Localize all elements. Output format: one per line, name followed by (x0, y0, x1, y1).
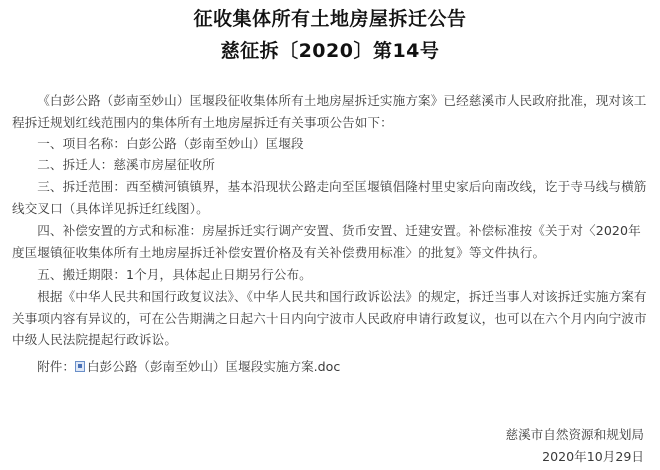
issuer-signature: 慈溪市自然资源和规划局 (505, 424, 644, 443)
notice-title: 征收集体所有土地房屋拆迁公告 (0, 4, 660, 31)
item-demolition-scope: 三、拆迁范围：西至横河镇镇界，基本沿现状公路走向至匡堰镇倡隆村里史家后向南改线，… (12, 176, 652, 219)
issue-date: 2020年10月29日 (542, 446, 644, 465)
attachment-link[interactable]: 白彭公路（彭南至妙山）匡堰段实施方案.doc (87, 359, 340, 374)
document-number: 慈征拆〔2020〕第14号 (0, 36, 660, 63)
item-demolisher: 二、拆迁人：慈溪市房屋征收所 (12, 154, 652, 176)
item-compensation: 四、补偿安置的方式和标准：房屋拆迁实行调产安置、货币安置、迁建安置。补偿标准按《… (12, 220, 652, 263)
word-doc-icon (75, 361, 85, 372)
item-relocation-period: 五、搬迁期限：1个月，具体起止日期另行公布。 (12, 264, 652, 286)
attachment-line: 附件：白彭公路（彭南至妙山）匡堰段实施方案.doc (12, 356, 340, 378)
item-project-name: 一、项目名称：白彭公路（彭南至妙山）匡堰段 (12, 133, 652, 155)
intro-paragraph: 《白彭公路（彭南至妙山）匡堰段征收集体所有土地房屋拆迁实施方案》已经慈溪市人民政… (12, 90, 652, 133)
attachment-label: 附件： (37, 359, 75, 374)
legal-remedy-paragraph: 根据《中华人民共和国行政复议法》、《中华人民共和国行政诉讼法》的规定，拆迁当事人… (12, 286, 652, 351)
